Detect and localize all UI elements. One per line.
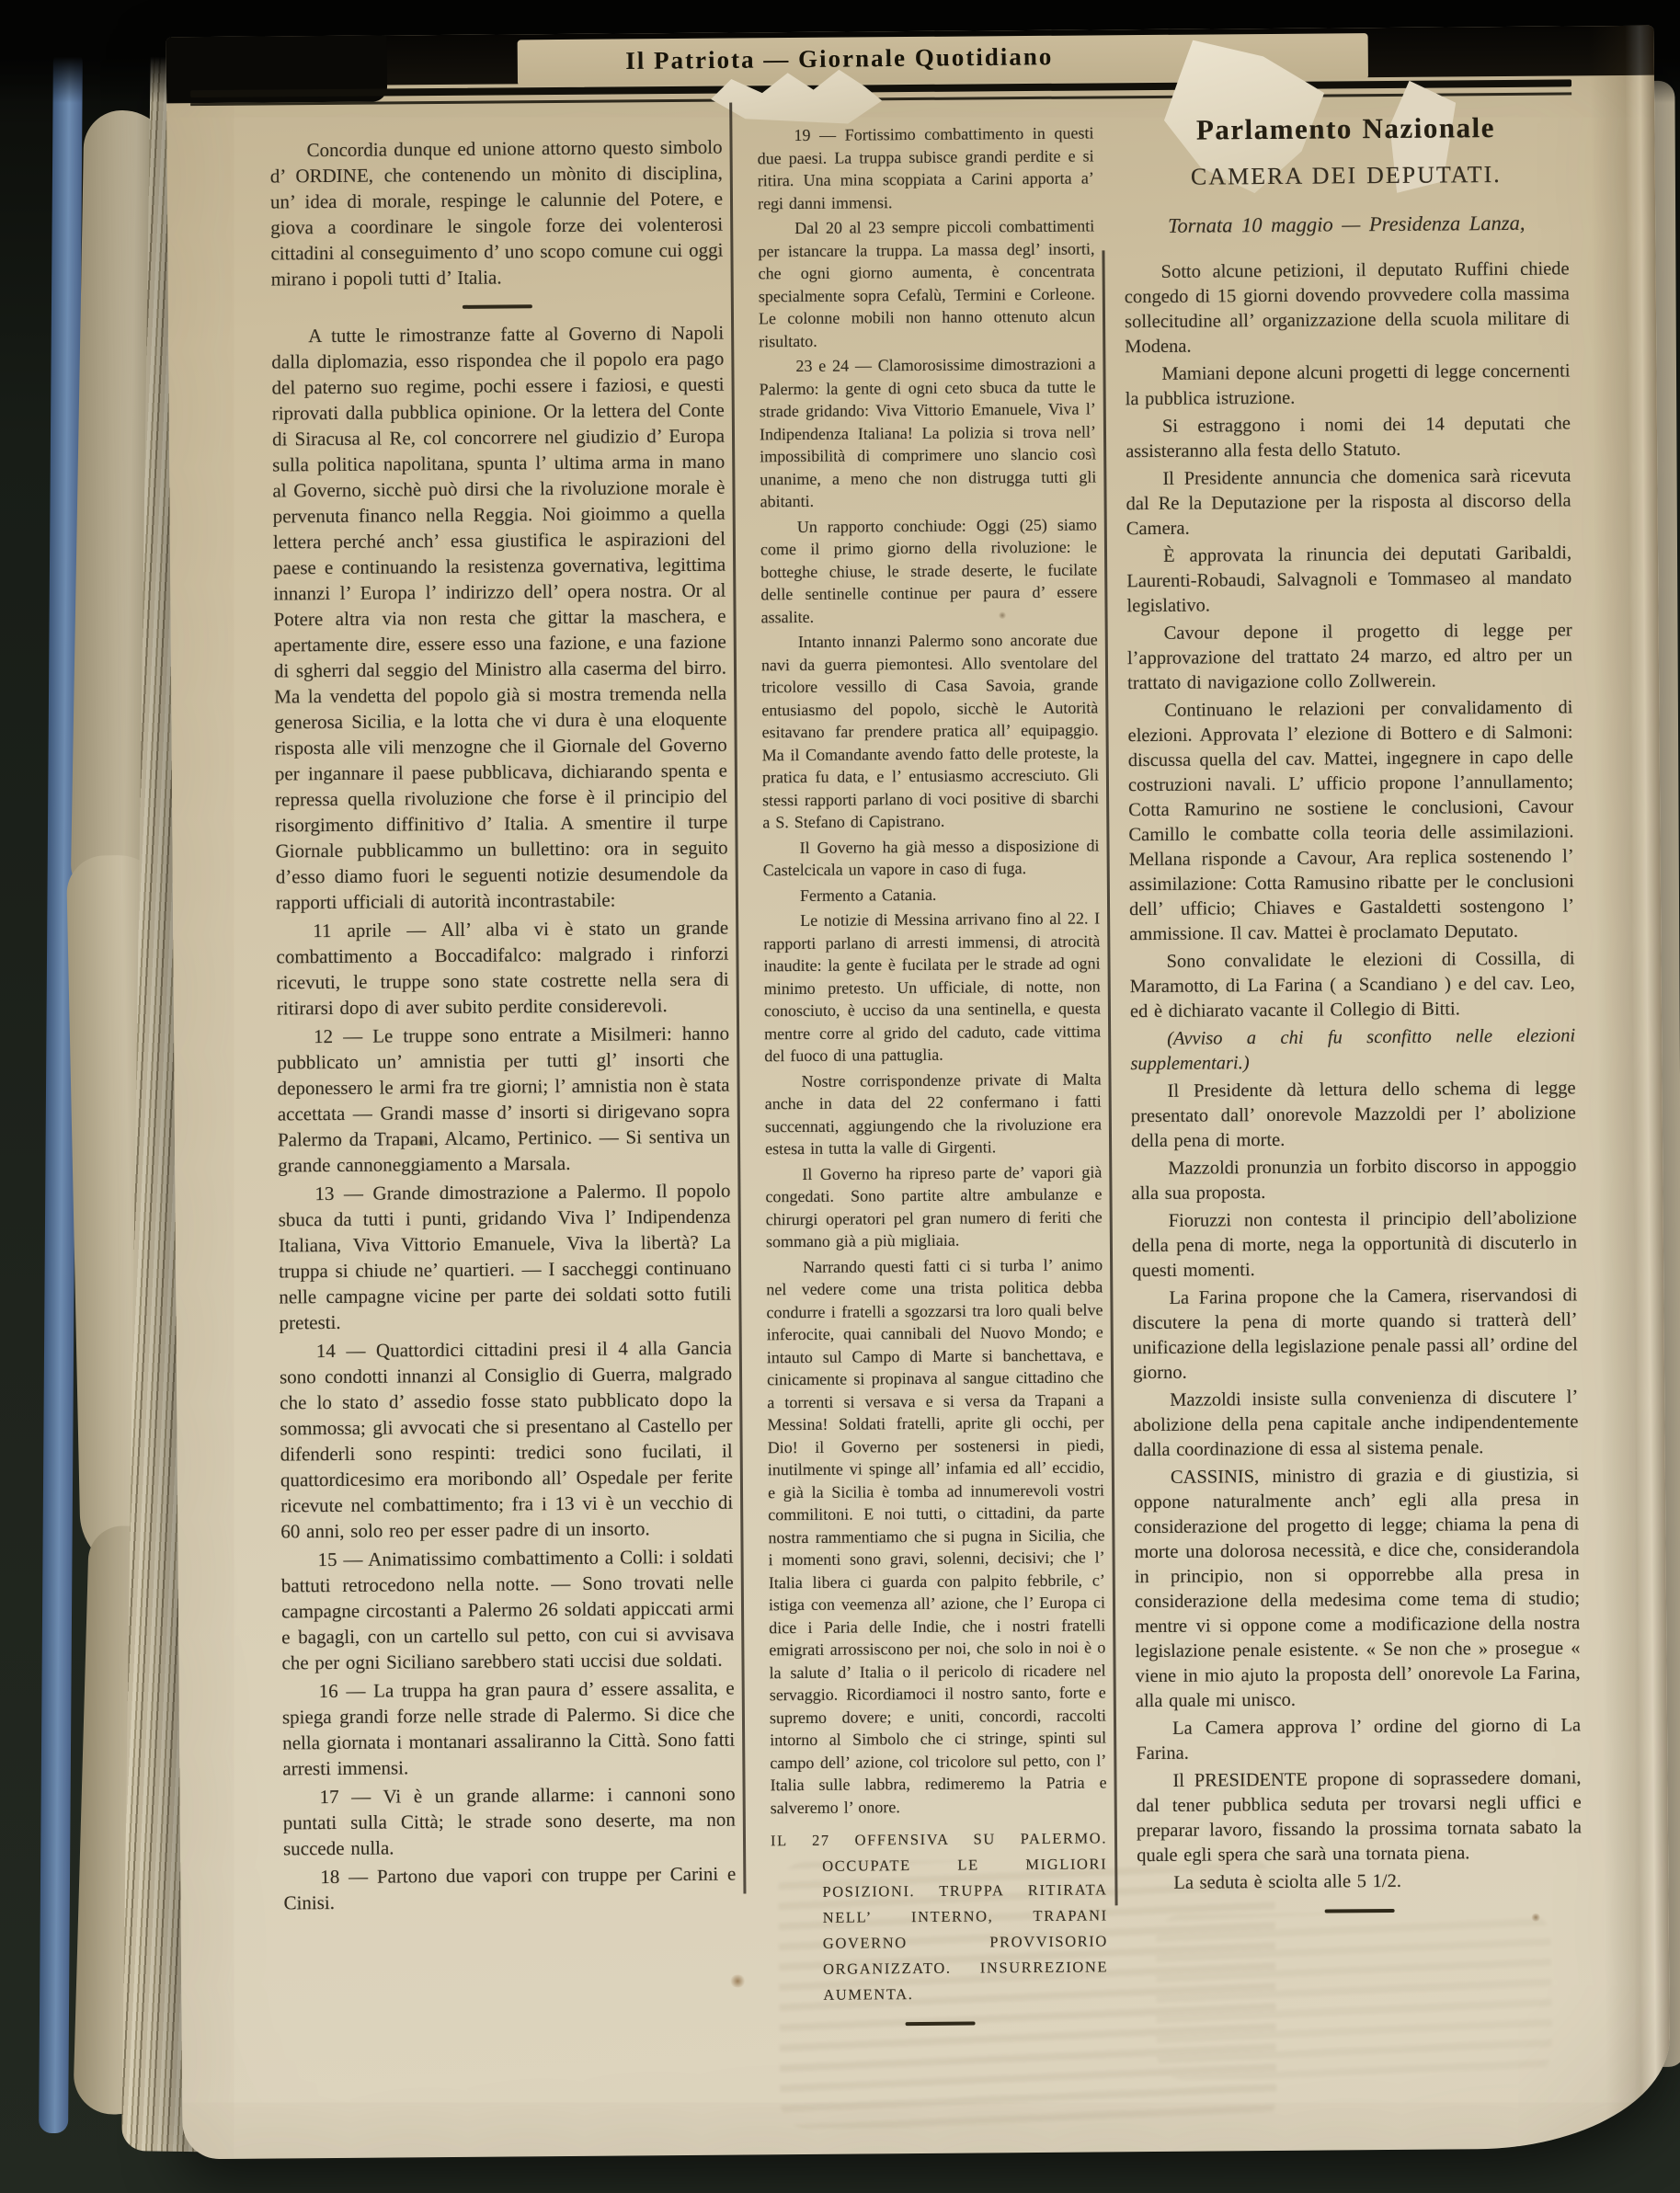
newspaper-paragraph: (Avviso a chi fu sconfitto nelle elezion… (1130, 1023, 1575, 1077)
newspaper-paragraph: Il PRESIDENTE propone di soprassedere do… (1136, 1765, 1582, 1868)
newspaper-paragraph: 13 — Grande dimostrazione a Palermo. Il … (278, 1178, 731, 1336)
newspaper-paragraph: La Farina propone che la Camera, riserva… (1132, 1283, 1578, 1386)
newspaper-paragraph: Fermento a Catania. (763, 882, 1100, 907)
section-subheading: CAMERA DEI DEPUTATI. (1124, 161, 1569, 189)
section-heading: Parlamento Nazionale (1123, 114, 1568, 143)
paper-stain (729, 1974, 746, 1987)
newspaper-paragraph: 23 e 24 — Clamorosissime dimostrazioni a… (759, 352, 1096, 512)
newspaper-paragraph: 17 — Vi è un grande allarme: i cannoni s… (283, 1781, 737, 1862)
newspaper-paragraph: Un rapporto conchiude: Oggi (25) siamo c… (760, 513, 1098, 628)
newspaper-paragraph: Concordia dunque ed unione attorno quest… (269, 134, 723, 292)
newspaper-paragraph: Narrando questi fatti ci si turba l’ ani… (766, 1253, 1107, 1819)
newspaper-paragraph: È approvata la rinuncia dei deputati Gar… (1126, 541, 1572, 619)
newspaper-paragraph: 15 — Animatissimo combattimento a Colli:… (280, 1544, 734, 1676)
section-end-rule (463, 304, 532, 309)
newspaper-paragraph: Le notizie di Messina arrivano fino al 2… (763, 907, 1101, 1067)
newspaper-paragraph: CASSINIS, ministro di grazia e di giusti… (1134, 1462, 1581, 1714)
newspaper-paragraph: Il Governo ha già messo a disposizione d… (762, 834, 1099, 882)
column-3: Parlamento Nazionale CAMERA DEI DEPUTATI… (1123, 114, 1582, 1927)
newspaper-paragraph: Intanto innanzi Palermo sono ancorate du… (761, 628, 1100, 833)
show-through-text (1156, 1912, 1552, 2080)
newspaper-paragraph: Il Governo ha ripreso parte de’ vapori g… (765, 1160, 1103, 1253)
newspaper-paragraph: 12 — Le truppe sono entrate a Misilmeri:… (277, 1021, 730, 1179)
session-line: Tornata 10 maggio — Presidenza Lanza, (1124, 210, 1569, 238)
newspaper-paragraph: Mazzoldi pronunzia un forbito discorso i… (1131, 1153, 1576, 1206)
newspaper-paragraph: Mazzoldi insiste sulla convenienza di di… (1133, 1385, 1579, 1463)
newspaper-paragraph: A tutte le rimostranze fatte al Governo … (271, 320, 728, 916)
newspaper-paragraph: Si estraggono i nomi dei 14 deputati che… (1126, 411, 1571, 464)
column-1: Concordia dunque ed unione attorno quest… (269, 134, 736, 1919)
newspaper-paragraph: 11 aprile — All’ alba vi è stato un gran… (276, 915, 729, 1022)
newspaper-paragraph: Sono convalidate le elezioni di Cossilla… (1129, 946, 1575, 1024)
newspaper-paragraph: La Camera approva l’ ordine del giorno d… (1136, 1713, 1581, 1766)
newspaper-paragraph: 14 — Quattordici cittadini presi il 4 al… (280, 1335, 734, 1545)
column-2: 19 — Fortissimo combattimento in questi … (757, 121, 1108, 2039)
newspaper-paragraph: Nostre corrispondenze private di Malta a… (764, 1068, 1102, 1160)
paper-stain (416, 1136, 428, 1147)
paper-stain (999, 611, 1007, 619)
newspaper-paragraph: 16 — La truppa ha gran paura d’ essere a… (282, 1675, 736, 1782)
newspaper-paragraph: Fioruzzi non contesta il principio dell’… (1132, 1205, 1578, 1284)
newspaper-paragraph: Il Presidente annuncia che domenica sarà… (1126, 463, 1571, 542)
newspaper-page: Il Patriota — Giornale Quotidiano Concor… (166, 26, 1671, 2160)
newspaper-paragraph: Mamiani depone alcuni progetti di legge … (1125, 359, 1570, 412)
newspaper-paragraph: 18 — Partono due vapori con truppe per C… (283, 1861, 736, 1916)
paper-stain (1531, 1913, 1541, 1922)
newspaper-paragraph: Sotto alcune petizioni, il deputato Ruff… (1125, 257, 1571, 360)
book-scan: Il Patriota — Giornale Quotidiano Concor… (0, 0, 1680, 2193)
column-3-body: Sotto alcune petizioni, il deputato Ruff… (1125, 257, 1583, 1914)
newspaper-paragraph: Il Presidente dà lettura dello schema di… (1131, 1076, 1577, 1154)
newspaper-paragraph: Dal 20 al 23 sempre piccoli combattiment… (758, 214, 1095, 352)
newspaper-paragraph: Continuano le relazioni per convalidamen… (1127, 695, 1574, 947)
newspaper-paragraph: Cavour depone il progetto di legge per l… (1127, 618, 1573, 696)
newspaper-paragraph: 19 — Fortissimo combattimento in questi … (757, 121, 1094, 214)
